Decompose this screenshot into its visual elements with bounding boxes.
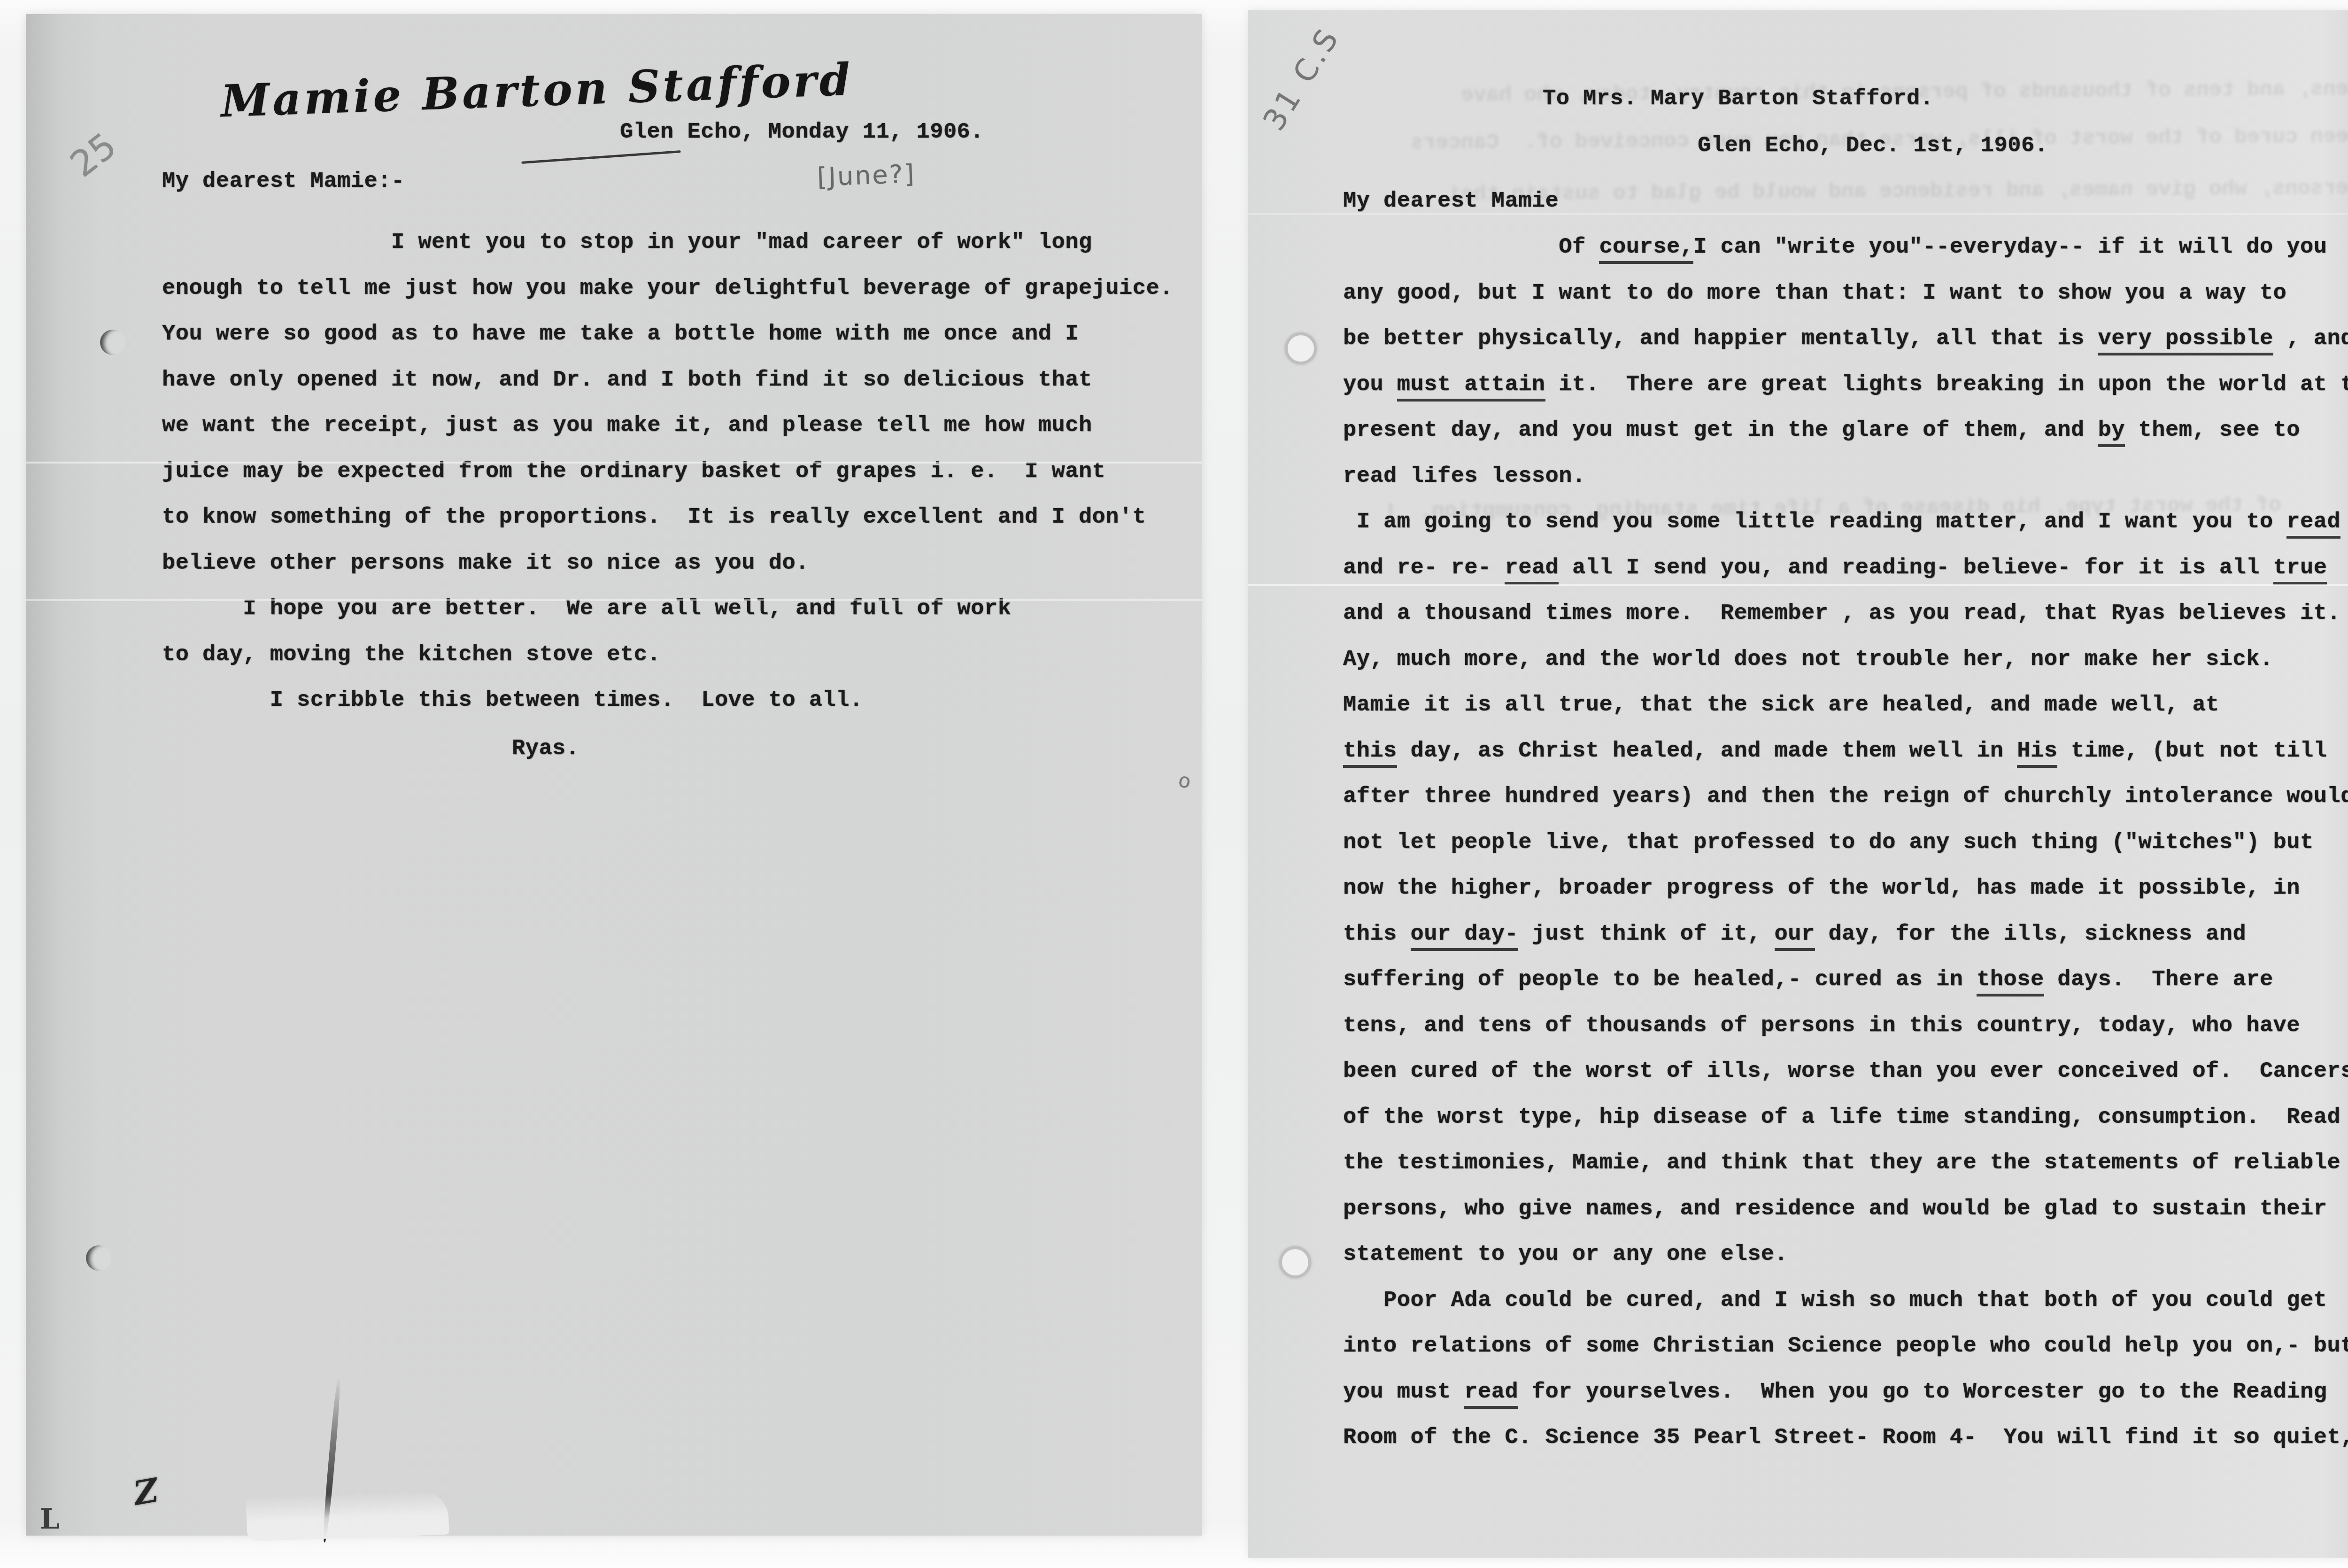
typed-line: you must attain it. There are great ligh… [1343,362,2348,408]
inscription-underline-flourish [521,150,681,164]
typed-line: present day, and you must get in the gla… [1343,408,2348,454]
typed-line: not let people live, that professed to d… [1343,820,2348,866]
typed-line: to day, moving the kitchen stove etc. [162,632,1173,678]
typed-line: believe other persons make it so nice as… [162,541,1173,587]
punch-hole-icon [100,330,125,355]
left-letter-salutation: My dearest Mamie:- [162,169,405,194]
typed-line: Mamie it is all true, that the sick are … [1343,682,2348,728]
typed-line: we want the receipt, just as you make it… [162,403,1173,449]
punch-hole-icon [86,1245,111,1271]
typed-line: I hope you are better. We are all well, … [162,586,1173,632]
typed-line: read lifes lesson. [1343,454,2348,500]
typed-line: statement to you or any one else. [1343,1232,2348,1278]
pencil-file-notation: 31 C.S [1257,22,1347,137]
bleedthrough-text: persons, who give names, and residence a… [1450,176,2348,207]
left-letter-signature: Ryas. [512,736,579,761]
corner-mark-z: Z [133,1470,158,1514]
typed-line: tens, and tens of thousands of persons i… [1343,1003,2348,1049]
typed-line: You were so good as to have me take a bo… [162,311,1173,357]
typed-line: I scribble this between times. Love to a… [162,678,1173,724]
margin-circle-mark: o [1176,768,1193,793]
typed-line: any good, but I want to do more than tha… [1343,270,2348,317]
paper-crease [26,599,1202,601]
typed-line: have only opened it now, and Dr. and I b… [162,357,1173,403]
scanned-letters-photograph: { "document": { "kind": "scanned typewri… [0,0,2348,1568]
typed-line: this day, as Christ healed, and made the… [1343,728,2348,774]
typed-line: now the higher, broader progress of the … [1343,865,2348,911]
paper-tear-flap [246,1490,449,1542]
typed-line: Poor Ada could be cured, and I wish so m… [1343,1278,2348,1324]
pencil-date-query: [June?] [817,159,916,192]
letter-page-left: Mamie Barton Stafford 25 Glen Echo, Mond… [26,14,1202,1536]
typed-line: to know something of the proportions. It… [162,494,1173,541]
left-letter-dateline: Glen Echo, Monday 11, 1906. [620,120,984,145]
typed-line: Ay, much more, and the world does not tr… [1343,637,2348,683]
typed-line: Of course,I can "write you"--everyday-- … [1343,224,2348,270]
paper-crease [1248,213,2348,215]
typed-line: be better physically, and happier mental… [1343,316,2348,362]
typed-line: I am going to send you some little readi… [1343,499,2348,545]
left-letter-body: I went you to stop in your "mad career o… [162,220,1173,724]
paper-crease [1248,584,2348,586]
pencil-number-annotation: 25 [62,124,124,185]
typed-line: after three hundred years) and then the … [1343,774,2348,820]
typed-line: of the worst type, hip disease of a life… [1343,1095,2348,1141]
typed-line: Room of the C. Science 35 Pearl Street- … [1343,1415,2348,1461]
typed-line: I went you to stop in your "mad career o… [162,220,1173,266]
right-letter-body: Of course,I can "write you"--everyday-- … [1343,224,2348,1461]
right-letter-dateline: Glen Echo, Dec. 1st, 1906. [1698,133,2048,158]
corner-mark-l: L [40,1503,60,1536]
recipient-inscription-handwriting: Mamie Barton Stafford [220,54,854,128]
punch-hole-icon [1279,1246,1311,1278]
punch-hole-icon [1285,332,1317,364]
typed-line: enough to tell me just how you make your… [162,266,1173,312]
right-letter-to-line: To Mrs. Mary Barton Stafford. [1543,86,1933,111]
typed-line: the testimonies, Mamie, and think that t… [1343,1140,2348,1186]
right-letter-salutation: My dearest Mamie [1343,189,1559,214]
typed-line: and a thousand times more. Remember , as… [1343,591,2348,637]
typed-line: you must read for yourselves. When you g… [1343,1369,2348,1415]
paper-crease [26,462,1202,463]
typed-line: juice may be expected from the ordinary … [162,449,1173,495]
typed-line: suffering of people to be healed,- cured… [1343,957,2348,1003]
typed-line: persons, who give names, and residence a… [1343,1186,2348,1232]
typed-line: been cured of the worst of ills, worse t… [1343,1049,2348,1095]
typed-line: this our day- just think of it, our day,… [1343,911,2348,958]
typed-line: into relations of some Christian Science… [1343,1323,2348,1369]
letter-page-right: tens, and tens of thousands of persons i… [1248,10,2348,1558]
